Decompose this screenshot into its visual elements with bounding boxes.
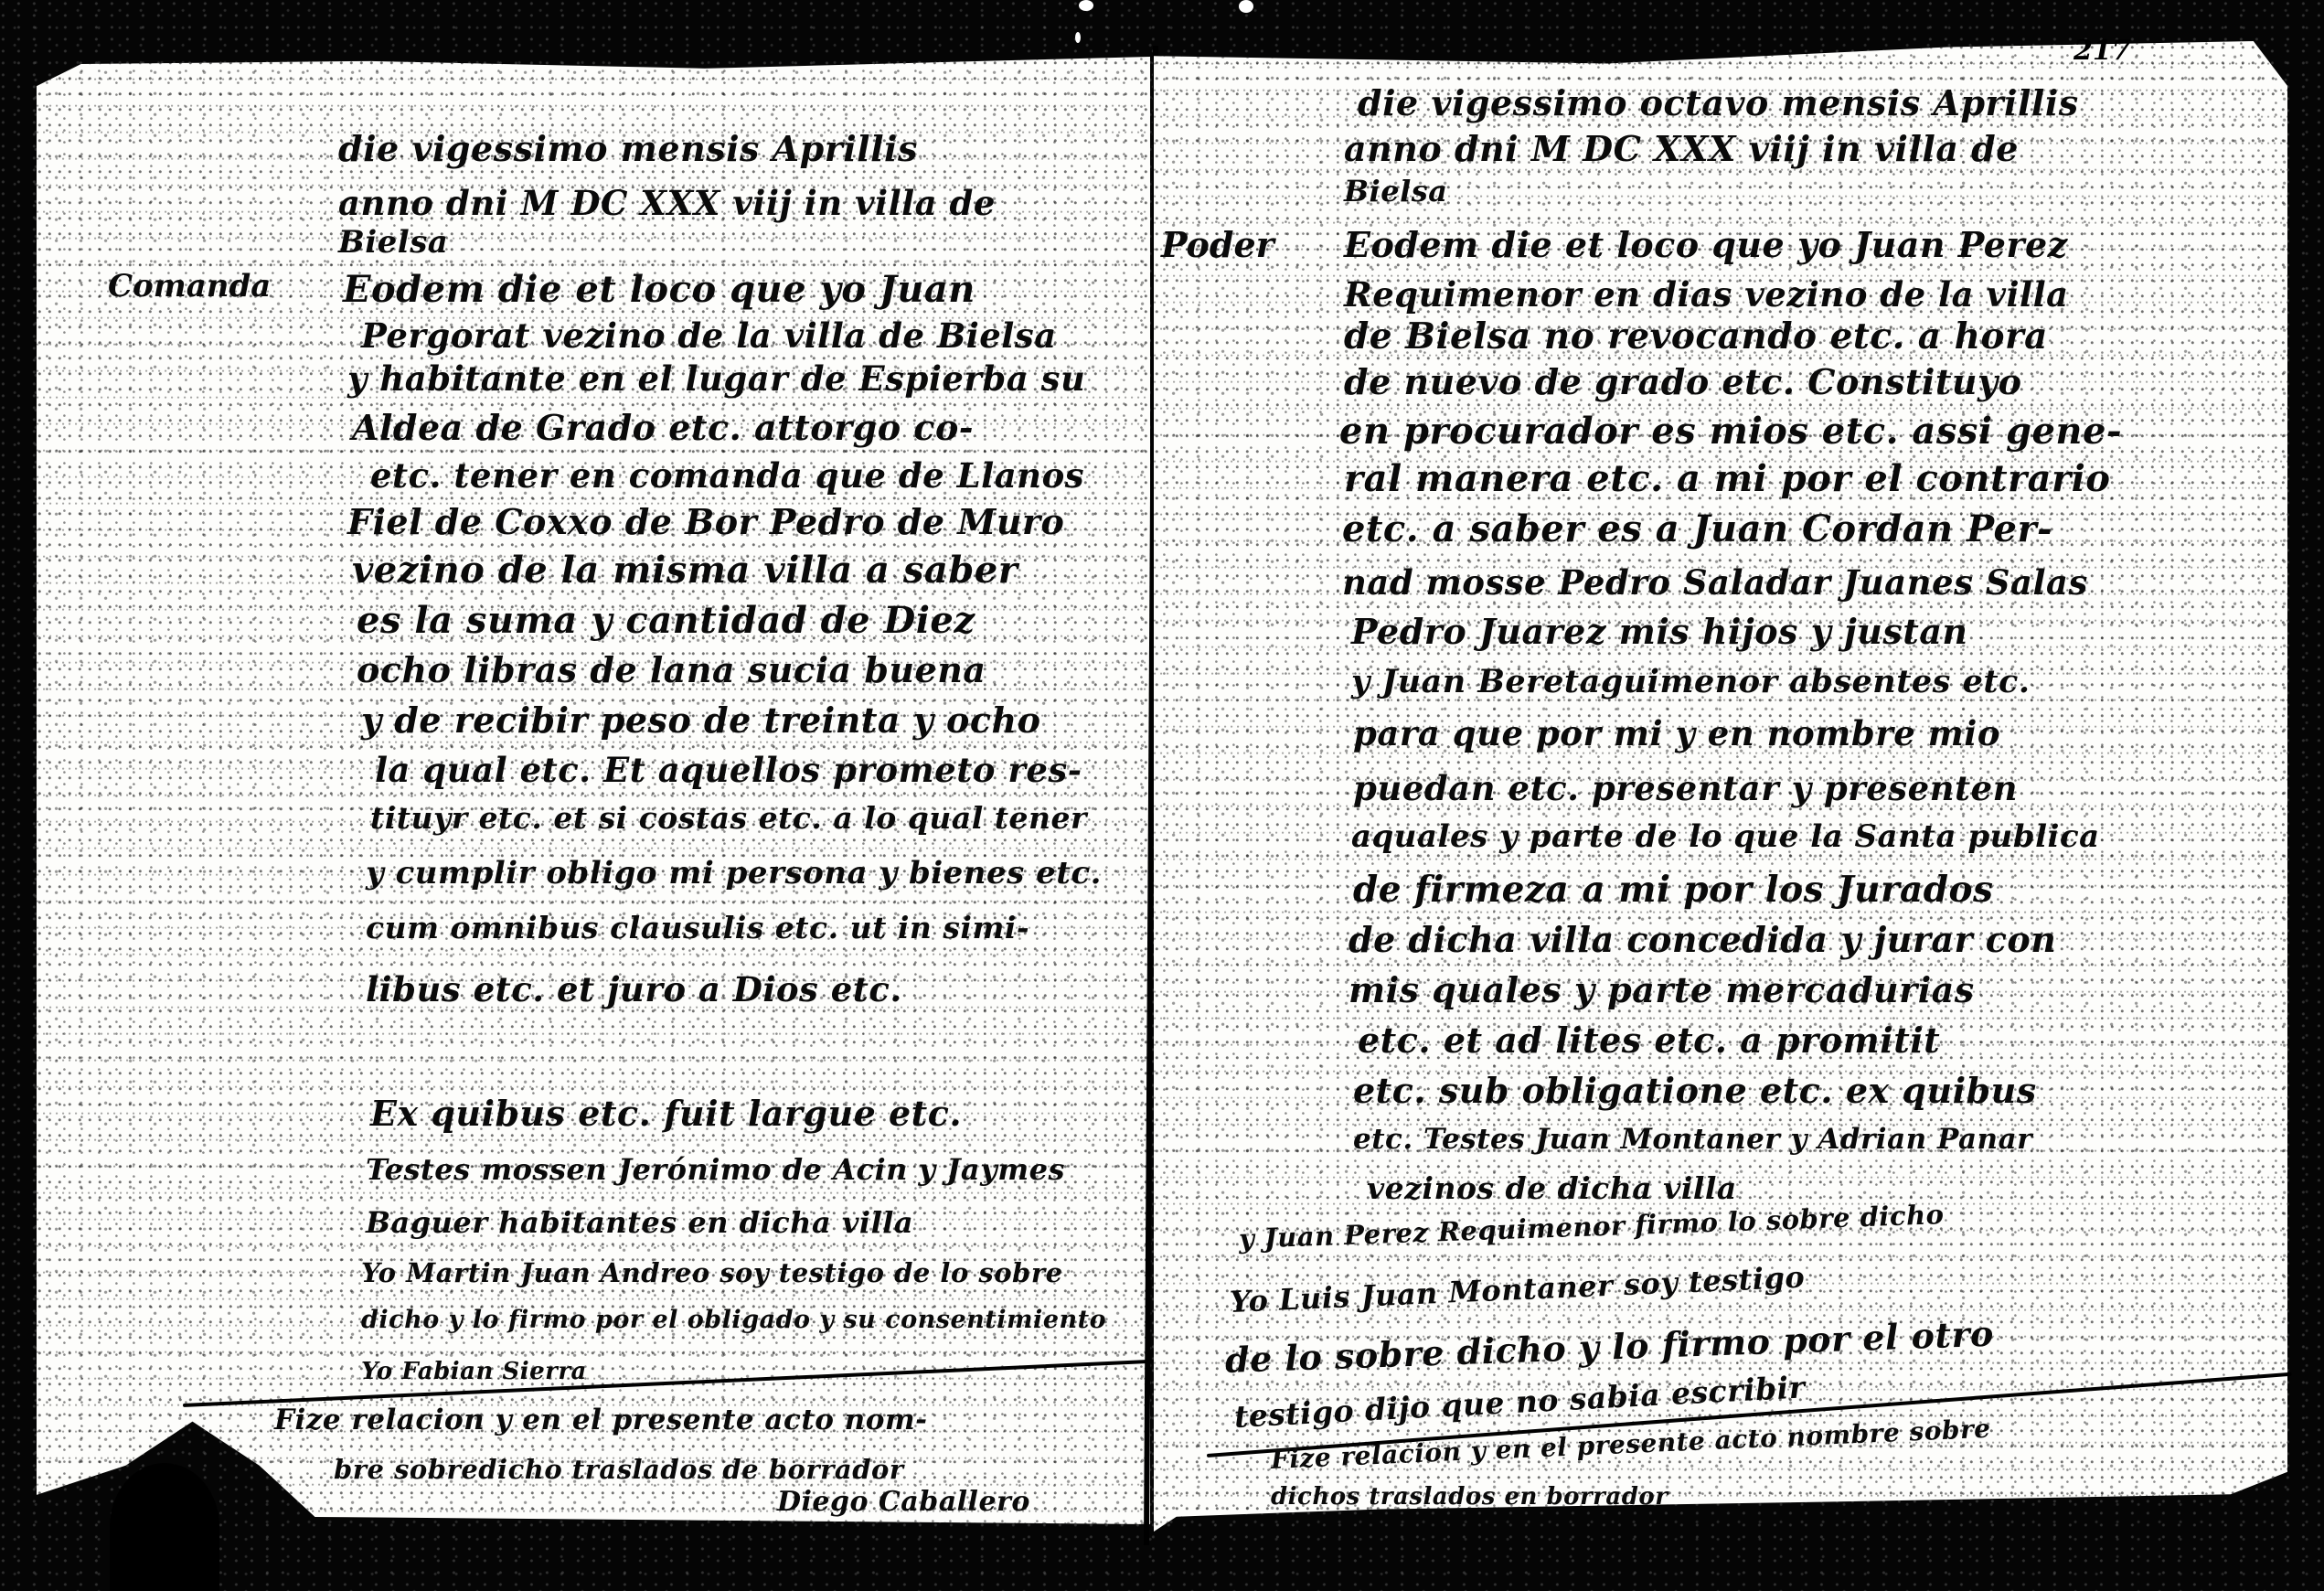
left-line: Fiel de Coxxo de Bor Pedro de Muro: [347, 501, 1064, 542]
right-line: de Bielsa no revocando etc. a hora: [1344, 315, 2048, 358]
left-line: libus etc. et juro a Dios etc.: [366, 969, 902, 1009]
right-line: anno dni M DC XXX viij in villa de: [1344, 128, 2019, 169]
left-line: tituyr etc. et si costas etc. a lo qual …: [370, 800, 1087, 836]
binding-clip-shadow: [110, 1463, 219, 1591]
left-line: Yo Martin Juan Andreo soy testigo de lo …: [361, 1257, 1063, 1288]
folio-number: 217: [2073, 35, 2131, 67]
left-line: y de recibir peso de treinta y ocho: [361, 699, 1041, 741]
left-line: Testes mossen Jerónimo de Acin y Jaymes: [366, 1152, 1065, 1187]
left-line: ocho libras de lana sucia buena: [357, 649, 986, 690]
left-line: vezino de la misma villa a saber: [352, 549, 1018, 592]
left-line: Bielsa: [338, 224, 448, 261]
right-line: Bielsa: [1344, 174, 1447, 208]
left-line: es la suma y cantidad de Diez: [357, 599, 975, 642]
right-line: vezinos de dicha villa: [1367, 1170, 1737, 1206]
right-line: de nuevo de grado etc. Constituyo: [1344, 361, 2021, 402]
left-line: etc. tener en comanda que de Llanos: [370, 455, 1084, 496]
right-line: Eodem die et loco que yo Juan Perez: [1344, 224, 2068, 265]
left-line: Ex quibus etc. fuit largue etc.: [370, 1093, 962, 1134]
right-line: de firmeza a mi por los Jurados: [1353, 869, 1994, 911]
left-line: la qual etc. Et aquellos prometo res-: [375, 750, 1082, 790]
left-line: Pergorat vezino de la villa de Bielsa: [361, 315, 1057, 356]
left-footer-line: bre sobredicho traslados de borrador: [334, 1454, 904, 1485]
right-line: para que por mi y en nombre mio: [1353, 713, 2000, 753]
right-line: etc. a saber es a Juan Cordan Per-: [1342, 507, 2052, 550]
left-line: cum omnibus clausulis etc. ut in simi-: [366, 910, 1029, 945]
left-footer-line: Diego Caballero: [777, 1486, 1030, 1518]
left-line: Yo Fabian Sierra: [361, 1358, 587, 1385]
left-line: die vigessimo mensis Aprillis: [338, 128, 918, 169]
right-line: en procurador es mios etc. assi gene-: [1339, 410, 2122, 453]
top-binding-mark: [1079, 0, 1093, 11]
left-footer-line: Fize relacion y en el presente acto nom-: [274, 1404, 928, 1436]
right-line: nad mosse Pedro Saladar Juanes Salas: [1342, 562, 2088, 603]
left-line: Baguer habitantes en dicha villa: [366, 1205, 913, 1240]
left-line: Aldea de Grado etc. attorgo co-: [352, 407, 974, 448]
top-binding-mark: [1239, 0, 1253, 13]
right-line: mis quales y parte mercadurias: [1349, 969, 1975, 1010]
right-footer-line: dichos traslados en borrador: [1271, 1483, 1668, 1511]
left-line: y cumplir obligo mi persona y bienes etc…: [366, 855, 1102, 892]
left-line: y habitante en el lugar de Espierba su: [347, 358, 1085, 399]
right-line: die vigessimo octavo mensis Aprillis: [1358, 82, 2079, 123]
top-binding-mark: [1075, 32, 1081, 43]
right-line: Pedro Juarez mis hijos y justan: [1351, 611, 1968, 652]
left-margin-note-comanda: Comanda: [108, 268, 271, 304]
right-margin-note-poder: Poder: [1161, 224, 1274, 265]
right-line: aquales y parte de lo que la Santa publi…: [1351, 818, 2100, 855]
right-line: etc. et ad lites etc. a promitit: [1358, 1020, 1940, 1061]
right-line: Requimenor en dias vezino de la villa: [1344, 274, 2069, 315]
right-line: etc. Testes Juan Montaner y Adrian Panar: [1353, 1123, 2032, 1156]
right-line: y Juan Beretaguimenor absentes etc.: [1351, 663, 2031, 700]
right-line: puedan etc. presentar y presenten: [1353, 768, 2018, 808]
left-line: Eodem die et loco que yo Juan: [343, 268, 975, 311]
right-line: de dicha villa concedida y jurar con: [1349, 919, 2056, 960]
right-line: etc. sub obligatione etc. ex quibus: [1353, 1070, 2037, 1111]
right-line: ral manera etc. a mi por el contrario: [1344, 457, 2110, 500]
left-line: dicho y lo firmo por el obligado y su co…: [361, 1306, 1106, 1334]
left-line: anno dni M DC XXX viij in villa de: [338, 183, 996, 223]
